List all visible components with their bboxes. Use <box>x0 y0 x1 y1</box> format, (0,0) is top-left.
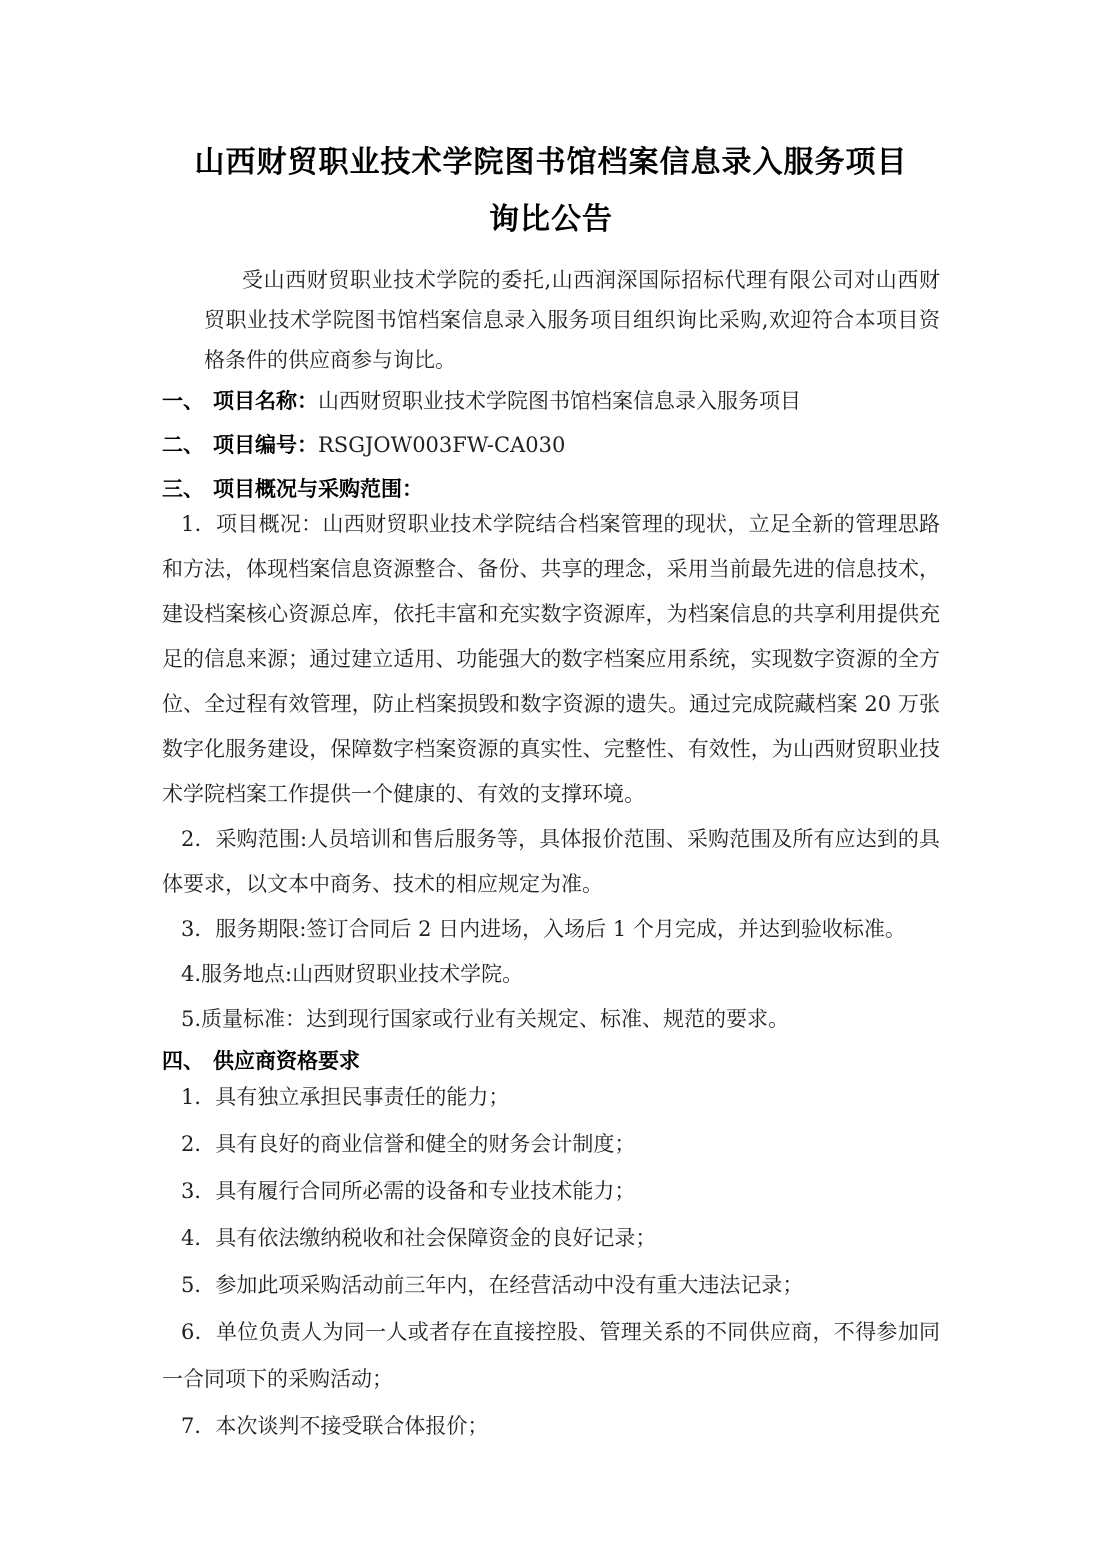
section-overview-content: 1．项目概况：山西财贸职业技术学院结合档案管理的现状，立足全新的管理思路和方法，… <box>162 502 940 1042</box>
document-title-line2: 询比公告 <box>162 202 940 238</box>
section-label: 供应商资格要求 <box>213 1048 360 1073</box>
section-label: 项目概况与采购范围： <box>213 476 423 501</box>
supplier-qualification-list: 1．具有独立承担民事责任的能力； 2．具有良好的商业信誉和健全的财务会计制度； … <box>162 1074 940 1450</box>
section-number: 一、 <box>162 388 204 413</box>
section-number: 二、 <box>162 432 204 457</box>
quality-standard-line: 5.质量标准：达到现行国家或行业有关规定、标准、规范的要求。 <box>162 997 940 1042</box>
qualification-item: 3．具有履行合同所必需的设备和专业技术能力； <box>162 1168 940 1215</box>
project-overview-paragraph: 1．项目概况：山西财贸职业技术学院结合档案管理的现状，立足全新的管理思路和方法，… <box>162 502 940 817</box>
qualification-item: 6．单位负责人为同一人或者存在直接控股、管理关系的不同供应商，不得参加同一合同项… <box>162 1309 940 1403</box>
section-heading-project-name: 一、项目名称：山西财贸职业技术学院图书馆档案信息录入服务项目 <box>162 388 940 414</box>
document-title-line1: 山西财贸职业技术学院图书馆档案信息录入服务项目 <box>162 145 940 181</box>
qualification-item: 4．具有依法缴纳税收和社会保障资金的良好记录； <box>162 1215 940 1262</box>
procurement-scope-paragraph: 2．采购范围:人员培训和售后服务等，具体报价范围、采购范围及所有应达到的具体要求… <box>162 817 940 907</box>
section-number: 三、 <box>162 476 204 501</box>
section-heading-supplier-qualifications: 四、供应商资格要求 <box>162 1048 940 1074</box>
intro-paragraph: 受山西财贸职业技术学院的委托,山西润深国际招标代理有限公司对山西财贸职业技术学院… <box>204 260 940 380</box>
section-heading-project-number: 二、项目编号：RSGJOW003FW-CA030 <box>162 432 940 458</box>
document-page: 山西财贸职业技术学院图书馆档案信息录入服务项目 询比公告 受山西财贸职业技术学院… <box>0 0 1102 1559</box>
qualification-item: 7．本次谈判不接受联合体报价； <box>162 1403 940 1450</box>
section-heading-overview-scope: 三、项目概况与采购范围： <box>162 476 940 502</box>
section-label: 项目名称： <box>213 388 318 413</box>
service-location-line: 4.服务地点:山西财贸职业技术学院。 <box>162 952 940 997</box>
section-number: 四、 <box>162 1048 204 1073</box>
qualification-item: 5．参加此项采购活动前三年内，在经营活动中没有重大违法记录； <box>162 1262 940 1309</box>
section-label: 项目编号： <box>213 432 318 457</box>
service-period-line: 3．服务期限:签订合同后 2 日内进场，入场后 1 个月完成，并达到验收标准。 <box>162 907 940 952</box>
project-number-value: RSGJOW003FW-CA030 <box>318 433 565 457</box>
section-value: 山西财贸职业技术学院图书馆档案信息录入服务项目 <box>318 389 801 413</box>
qualification-item: 1．具有独立承担民事责任的能力； <box>162 1074 940 1121</box>
qualification-item: 2．具有良好的商业信誉和健全的财务会计制度； <box>162 1121 940 1168</box>
